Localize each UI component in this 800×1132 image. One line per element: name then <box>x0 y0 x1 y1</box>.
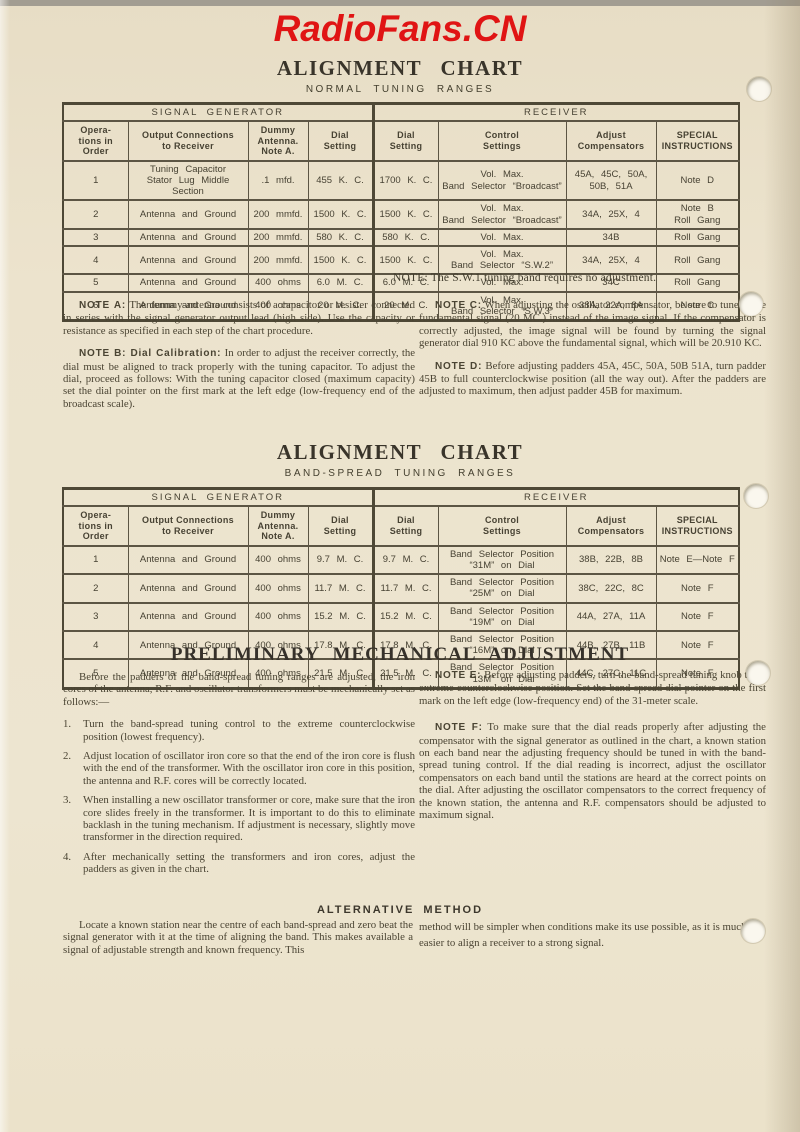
mechanical-heading: PRELIMINARY MECHANICAL ADJUSTMENT <box>0 644 800 666</box>
column-header: Dummy Antenna. Note A. <box>248 121 308 161</box>
column-header: Opera- tions in Order <box>63 121 128 161</box>
table-cell: 1500 K. C. <box>308 246 373 274</box>
table-cell: 1500 K. C. <box>373 246 438 274</box>
punch-hole <box>739 292 763 316</box>
group-header-signal-generator: SIGNAL GENERATOR <box>63 489 373 507</box>
table-cell: Band Selector Position “31M” on Dial <box>438 546 566 574</box>
bandspread-notes-column: NOTE E: Before adjusting padders, turn t… <box>419 669 766 831</box>
column-header: Control Settings <box>438 506 566 546</box>
table-body-bandspread: 1Antenna and Ground400 ohms9.7 M. C.9.7 … <box>63 546 739 689</box>
table-cell: Antenna and Ground <box>128 274 248 291</box>
alternative-text-right: method will be simpler when conditions m… <box>419 919 764 951</box>
group-header-row: SIGNAL GENERATOR RECEIVER <box>63 489 739 507</box>
note-b-label: NOTE B: Dial Calibration: <box>79 348 221 359</box>
alternative-column-right: method will be simpler when conditions m… <box>419 919 764 961</box>
table-cell: Antenna and Ground <box>128 603 248 631</box>
table-cell: 2 <box>63 200 128 228</box>
table-cell: Band Selector Position “25M” on Dial <box>438 574 566 602</box>
table-cell: 3 <box>63 229 128 246</box>
table-row: 1Tuning Capacitor Stator Lug Middle Sect… <box>63 161 739 201</box>
scan-top-edge <box>0 0 800 6</box>
note-a: NOTE A: The dummy antenna consists of a … <box>63 299 415 337</box>
table-row: 3Antenna and Ground400 ohms15.2 M. C.15.… <box>63 603 739 631</box>
table-cell: 400 ohms <box>248 574 308 602</box>
alignment-table-normal: SIGNAL GENERATOR RECEIVER Opera- tions i… <box>62 102 740 322</box>
table-cell: Note F <box>656 603 739 631</box>
column-header: Dummy Antenna. Note A. <box>248 506 308 546</box>
column-header: SPECIAL INSTRUCTIONS <box>656 121 739 161</box>
table-cell: Antenna and Ground <box>128 200 248 228</box>
table-cell: Note B Roll Gang <box>656 200 739 228</box>
note-d-label: NOTE D: <box>435 361 482 372</box>
table-cell: 38C, 22C, 8C <box>566 574 656 602</box>
group-header-row: SIGNAL GENERATOR RECEIVER <box>63 104 739 122</box>
table-cell: 455 K. C. <box>308 161 373 201</box>
table-cell: 200 mmfd. <box>248 246 308 274</box>
mechanical-item-4: 4. After mechanically setting the transf… <box>63 851 415 876</box>
chart1-title: ALIGNMENT CHART <box>0 56 800 81</box>
column-header: Output Connections to Receiver <box>128 506 248 546</box>
alternative-text-left: Locate a known station near the centre o… <box>63 919 413 956</box>
site-watermark: RadioFans.CN <box>0 8 800 50</box>
table-cell: .1 mfd. <box>248 161 308 201</box>
item-number: 4. <box>63 851 83 876</box>
notes-column-right: NOTE C: When adjusting the oscillator co… <box>419 299 766 408</box>
table-cell: 9.7 M. C. <box>373 546 438 574</box>
table-row: 3Antenna and Ground200 mmfd.580 K. C.580… <box>63 229 739 246</box>
note-f-label: NOTE F: <box>435 722 483 733</box>
item-text: Adjust location of oscillator iron core … <box>83 750 415 787</box>
column-header: Control Settings <box>438 121 566 161</box>
chart2-subtitle: BAND-SPREAD TUNING RANGES <box>0 468 800 479</box>
table-cell: Antenna and Ground <box>128 574 248 602</box>
table-cell: 1 <box>63 546 128 574</box>
punch-hole <box>741 919 765 943</box>
table-cell: 44A, 27A, 11A <box>566 603 656 631</box>
group-header-receiver: RECEIVER <box>373 489 739 507</box>
table-cell: Note E—Note F <box>656 546 739 574</box>
table-cell: Roll Gang <box>656 246 739 274</box>
table-cell: 4 <box>63 246 128 274</box>
table-cell: 1500 K. C. <box>373 200 438 228</box>
note-b: NOTE B: Dial Calibration: In order to ad… <box>63 347 415 410</box>
table-cell: 1700 K. C. <box>373 161 438 201</box>
item-number: 2. <box>63 750 83 787</box>
item-number: 1. <box>63 718 83 743</box>
note-f: NOTE F: To make sure that the dial reads… <box>419 721 766 821</box>
table-cell: 1500 K. C. <box>308 200 373 228</box>
table-cell: Vol. Max. Band Selector “S.W.2” <box>438 246 566 274</box>
column-header: SPECIAL INSTRUCTIONS <box>656 506 739 546</box>
mechanical-column: Before the padders of the band-spread tu… <box>63 671 415 883</box>
note-e: NOTE E: Before adjusting padders, turn t… <box>419 669 766 707</box>
table-cell: 3 <box>63 603 128 631</box>
table-cell: Antenna and Ground <box>128 229 248 246</box>
table-cell: 9.7 M. C. <box>308 546 373 574</box>
table-cell: 11.7 M. C. <box>308 574 373 602</box>
table-cell: 1 <box>63 161 128 201</box>
column-header: Dial Setting <box>308 121 373 161</box>
column-header-row: Opera- tions in OrderOutput Connections … <box>63 506 739 546</box>
table-cell: 6.0 M. C. <box>308 274 373 291</box>
note-d: NOTE D: Before adjusting padders 45A, 45… <box>419 360 766 398</box>
alternative-column-left: Locate a known station near the centre o… <box>63 919 413 966</box>
group-header-receiver: RECEIVER <box>373 104 739 122</box>
table-body-normal: 1Tuning Capacitor Stator Lug Middle Sect… <box>63 161 739 321</box>
column-header: Dial Setting <box>308 506 373 546</box>
alternative-heading: ALTERNATIVE METHOD <box>0 904 800 916</box>
table-row: 4Antenna and Ground200 mmfd.1500 K. C.15… <box>63 246 739 274</box>
table-cell: Antenna and Ground <box>128 246 248 274</box>
table-cell: 2 <box>63 574 128 602</box>
table-cell: Vol. Max. <box>438 229 566 246</box>
scan-right-shadow <box>764 0 800 1132</box>
column-header: Dial Setting <box>373 506 438 546</box>
scan-left-edge <box>0 0 10 1132</box>
mechanical-item-2: 2. Adjust location of oscillator iron co… <box>63 750 415 787</box>
note-c: NOTE C: When adjusting the oscillator co… <box>419 299 766 350</box>
notes-column-left: NOTE A: The dummy antenna consists of a … <box>63 299 415 420</box>
table1-footnote: NOTE: The S.W.1 tuning band requires no … <box>393 272 656 284</box>
item-text: Turn the band-spread tuning control to t… <box>83 718 415 743</box>
item-text: After mechanically setting the transform… <box>83 851 415 876</box>
mechanical-item-3: 3. When installing a new oscillator tran… <box>63 794 415 844</box>
mechanical-item-1: 1. Turn the band-spread tuning control t… <box>63 718 415 743</box>
item-text: When installing a new oscillator transfo… <box>83 794 415 844</box>
table-cell: 34A, 25X, 4 <box>566 200 656 228</box>
column-header: Adjust Compensators <box>566 121 656 161</box>
column-header: Opera- tions in Order <box>63 506 128 546</box>
table-cell: Tuning Capacitor Stator Lug Middle Secti… <box>128 161 248 201</box>
mechanical-intro: Before the padders of the band-spread tu… <box>63 671 415 708</box>
table-cell: Vol. Max. Band Selector “Broadcast” <box>438 161 566 201</box>
table-row: 2Antenna and Ground400 ohms11.7 M. C.11.… <box>63 574 739 602</box>
table-cell: 400 ohms <box>248 546 308 574</box>
chart1-subtitle: NORMAL TUNING RANGES <box>0 84 800 95</box>
table-cell: 5 <box>63 274 128 291</box>
note-a-label: NOTE A: <box>79 300 126 311</box>
table-cell: 45A, 45C, 50A, 50B, 51A <box>566 161 656 201</box>
table-cell: 400 ohms <box>248 274 308 291</box>
table-cell: Note D <box>656 161 739 201</box>
table-cell: Roll Gang <box>656 274 739 291</box>
table-cell: 400 ohms <box>248 603 308 631</box>
table-row: 1Antenna and Ground400 ohms9.7 M. C.9.7 … <box>63 546 739 574</box>
column-header: Adjust Compensators <box>566 506 656 546</box>
table-cell: 580 K. C. <box>373 229 438 246</box>
table-cell: 200 mmfd. <box>248 200 308 228</box>
table-cell: 15.2 M. C. <box>373 603 438 631</box>
table-cell: 580 K. C. <box>308 229 373 246</box>
table-cell: 34B <box>566 229 656 246</box>
table-row: 2Antenna and Ground200 mmfd.1500 K. C.15… <box>63 200 739 228</box>
table-cell: 38B, 22B, 8B <box>566 546 656 574</box>
table-cell: Band Selector Position “19M” on Dial <box>438 603 566 631</box>
note-f-text: To make sure that the dial reads properl… <box>419 721 766 821</box>
item-number: 3. <box>63 794 83 844</box>
note-e-label: NOTE E: <box>435 670 481 681</box>
column-header: Dial Setting <box>373 121 438 161</box>
group-header-signal-generator: SIGNAL GENERATOR <box>63 104 373 122</box>
table-cell: Note F <box>656 574 739 602</box>
column-header: Output Connections to Receiver <box>128 121 248 161</box>
note-c-label: NOTE C: <box>435 300 482 311</box>
scanned-page: RadioFans.CN ALIGNMENT CHART NORMAL TUNI… <box>0 0 800 1132</box>
table-cell: 11.7 M. C. <box>373 574 438 602</box>
table-cell: Antenna and Ground <box>128 546 248 574</box>
column-header-row: Opera- tions in OrderOutput Connections … <box>63 121 739 161</box>
table-cell: 15.2 M. C. <box>308 603 373 631</box>
chart2-title: ALIGNMENT CHART <box>0 440 800 465</box>
table-cell: 34A, 25X, 4 <box>566 246 656 274</box>
table-cell: 200 mmfd. <box>248 229 308 246</box>
table-cell: Roll Gang <box>656 229 739 246</box>
table-cell: Vol. Max. Band Selector “Broadcast” <box>438 200 566 228</box>
